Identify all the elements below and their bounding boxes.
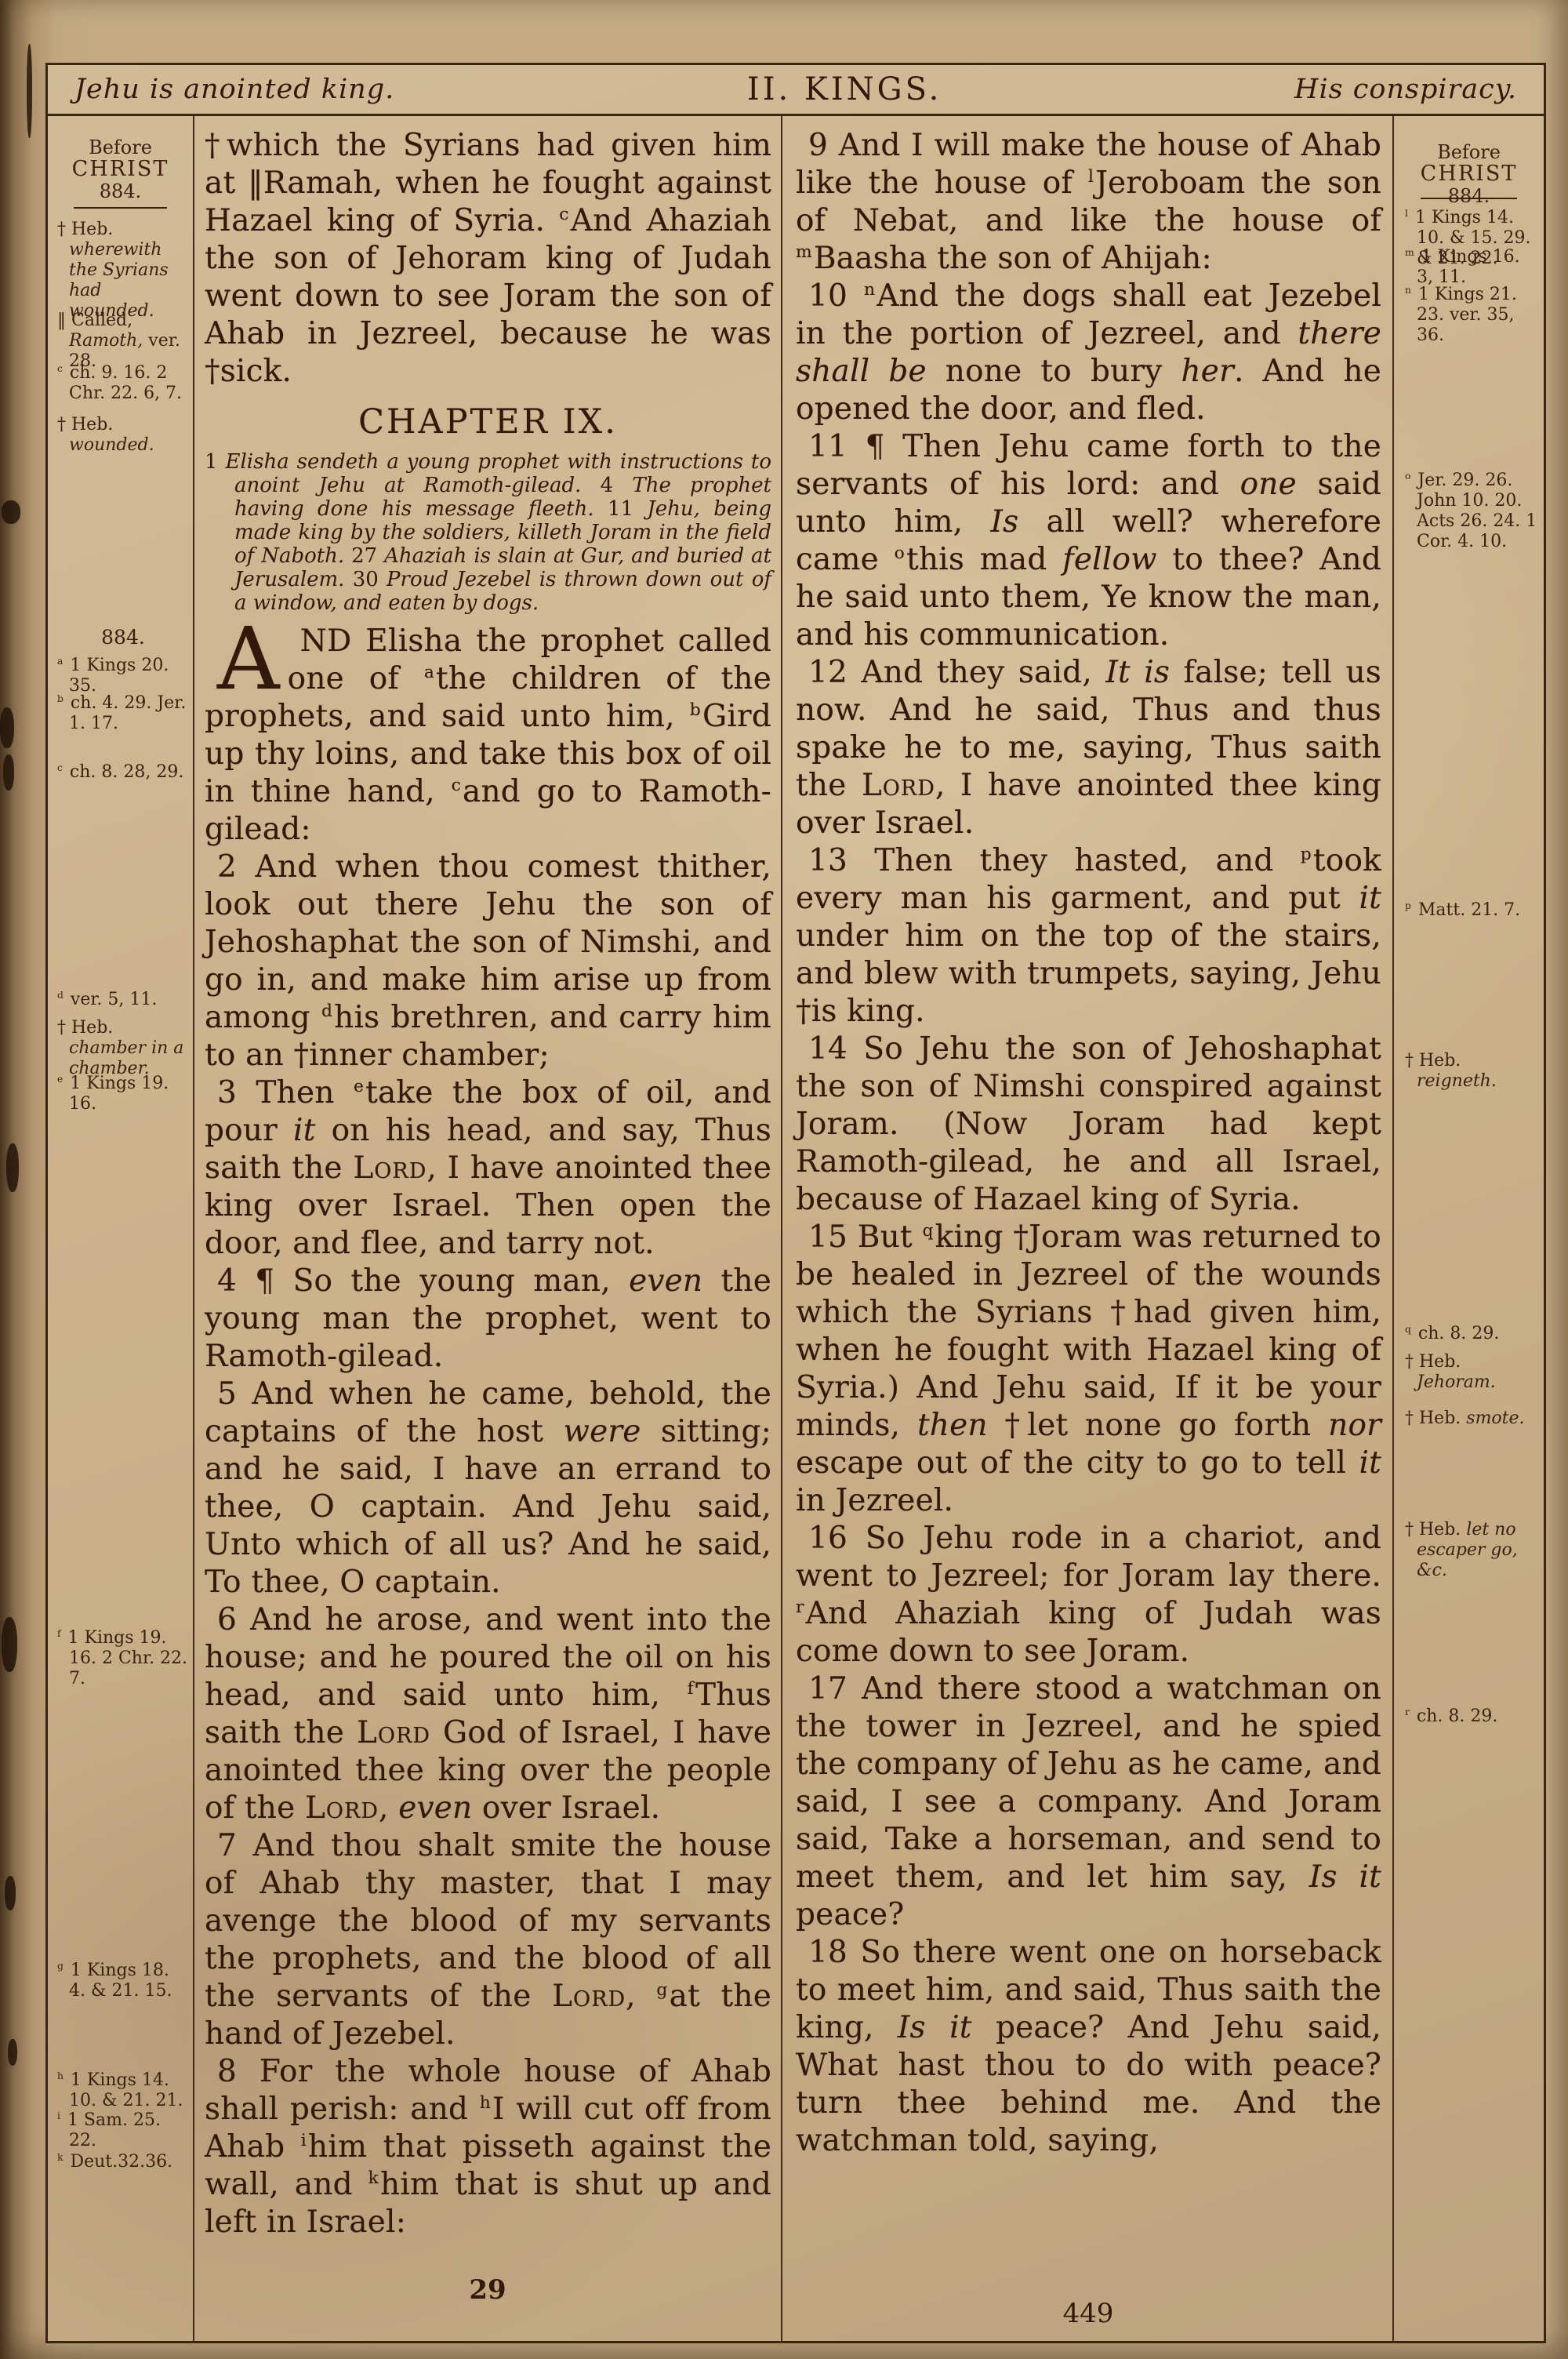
cross-ref-letter: d	[321, 1001, 332, 1021]
verse-12: 12 And they said, It is false; tell us n…	[796, 654, 1381, 842]
verse-17: 17 And there stood a watchman on the tow…	[796, 1670, 1381, 1934]
running-head-left: Jehu is anointed king.	[74, 74, 394, 105]
margin-note: † Heb. let no escaper go, &c.	[1405, 1520, 1539, 1581]
cross-ref-letter: k	[57, 2152, 63, 2163]
cross-ref-letter: n	[1405, 285, 1411, 296]
verse-11: 11 ¶ Then Jehu came forth to the servant…	[796, 428, 1381, 654]
verse-16: 16 So Jehu rode in a chariot, and went t…	[796, 1520, 1381, 1670]
verse-2: 2 And when thou comest thither, look out…	[205, 849, 771, 1074]
cross-ref-letter: g	[57, 1961, 64, 1972]
gutter-mark	[27, 44, 32, 138]
gutter-mark	[6, 1143, 19, 1192]
margin-note: 884.	[57, 627, 189, 648]
margin-note: † Heb. wherewith the Syrians had wounded…	[57, 220, 189, 322]
cross-ref-letter: r	[1405, 1707, 1410, 1717]
verse-1: AND Elisha the prophet called one of ath…	[205, 623, 771, 849]
gutter-mark	[2, 1617, 17, 1672]
cross-ref-letter: e	[354, 1077, 364, 1096]
margin-note: n 1 Kings 21. 23. ver. 35, 36.	[1405, 285, 1539, 346]
verse-6: 6 And he arose, and went into the house;…	[205, 1601, 771, 1827]
cross-ref-letter: l	[1405, 208, 1408, 219]
verse-10: 10 nAnd the dogs shall eat Jezebel in th…	[796, 278, 1381, 428]
margin-note: o Jer. 29. 26. John 10. 20. Acts 26. 24.…	[1405, 471, 1539, 552]
verse-18: 18 So there went one on horseback to mee…	[796, 1934, 1381, 2160]
margin-note: d ver. 5, 11.	[57, 990, 189, 1010]
verse-13: 13 Then they hasted, and ptook every man…	[796, 842, 1381, 1030]
gutter-mark	[5, 1876, 16, 1910]
margin-note: q ch. 8. 29.	[1405, 1324, 1539, 1344]
margin-note: h 1 Kings 14. 10. & 21. 21.	[57, 2070, 189, 2111]
cross-ref-letter: i	[57, 2110, 60, 2121]
cross-ref-letter: f	[688, 1679, 694, 1699]
margin-note: p Matt. 21. 7.	[1405, 900, 1539, 921]
margin-note: e 1 Kings 19. 16.	[57, 1074, 189, 1114]
cross-ref-letter: c	[559, 205, 568, 224]
margin-note: b ch. 4. 29. Jer. 1. 17.	[57, 693, 189, 734]
cross-ref-letter: c	[57, 363, 63, 374]
cross-ref-letter: n	[864, 280, 875, 300]
verse-15: 15 But qking †Joram was returned to be h…	[796, 1219, 1381, 1520]
bible-page: Jehu is anointed king. II. KINGS. His co…	[45, 63, 1546, 2343]
margin-note: c ch. 9. 16. 2 Chr. 22. 6, 7.	[57, 363, 189, 404]
cross-ref-letter: l	[1088, 167, 1094, 187]
verse-14: 14 So Jehu the son of Jehoshaphat the so…	[796, 1030, 1381, 1219]
cross-ref-letter: c	[452, 776, 461, 795]
margin-note: † Heb. smote.	[1405, 1408, 1539, 1429]
cross-ref-letter: e	[57, 1074, 63, 1085]
page-body: Before CHRIST 884. † Heb. wherewith the …	[48, 116, 1544, 2343]
before-christ-heading-left: Before CHRIST 884.	[48, 136, 193, 202]
margin-note: f 1 Kings 19. 16. 2 Chr. 22. 7.	[57, 1628, 189, 1689]
verse-5: 5 And when he came, behold, the captains…	[205, 1376, 771, 1601]
left-text-column: †which the Syrians had given him at ‖Ram…	[193, 116, 782, 2343]
cross-ref-letter: b	[57, 693, 64, 704]
margin-note: c ch. 8. 28, 29.	[57, 762, 189, 783]
margin-note: g 1 Kings 18. 4. & 21. 15.	[57, 1961, 189, 2001]
page-number-left: 29	[469, 2274, 506, 2306]
cross-ref-letter: g	[656, 1980, 667, 2000]
right-text-column: 9 And I will make the house of Ahab like…	[782, 116, 1394, 2343]
cross-ref-letter: a	[57, 656, 63, 667]
margin-rule	[74, 207, 166, 209]
book-title: II. KINGS.	[747, 71, 942, 107]
cross-ref-letter: a	[424, 663, 434, 682]
gutter-mark	[0, 707, 14, 748]
margin-note: † Heb. wounded.	[57, 415, 189, 456]
margin-note: † Heb. reigneth.	[1405, 1051, 1539, 1092]
cross-ref-letter: m	[796, 242, 812, 262]
margin-note: r ch. 8. 29.	[1405, 1707, 1539, 1727]
page-number-right: 449	[1063, 2298, 1114, 2329]
cross-ref-letter: f	[57, 1628, 61, 1639]
verse-4: 4 ¶ So the young man, even the young man…	[205, 1263, 771, 1376]
right-column-verses: 9 And I will make the house of Ahab like…	[796, 127, 1381, 2160]
chapter-summary: 1 Elisha sendeth a young prophet with in…	[205, 450, 771, 615]
cross-ref-letter: c	[57, 762, 63, 773]
margin-note: a 1 Kings 20. 35.	[57, 656, 189, 696]
scanned-page-photo: Jehu is anointed king. II. KINGS. His co…	[0, 0, 1568, 2359]
cross-ref-letter: h	[480, 2093, 491, 2113]
verse-7: 7 And thou shalt smite the house of Ahab…	[205, 1827, 771, 2053]
verse-9: 9 And I will make the house of Ahab like…	[796, 127, 1381, 278]
cross-ref-letter: o	[1405, 471, 1410, 482]
margin-note: k Deut.32.36.	[57, 2152, 189, 2172]
running-head: Jehu is anointed king. II. KINGS. His co…	[48, 65, 1544, 114]
left-column-verses: AND Elisha the prophet called one of ath…	[205, 623, 771, 2241]
margin-rule	[1421, 198, 1516, 199]
margin-note: † Heb. chamber in a chamber.	[57, 1018, 189, 1079]
cross-ref-letter: d	[57, 990, 64, 1001]
margin-note: i 1 Sam. 25. 22.	[57, 2110, 189, 2151]
cross-ref-letter: r	[796, 1598, 804, 1617]
cross-ref-letter: p	[1301, 845, 1312, 864]
cross-ref-letter: p	[1405, 900, 1411, 911]
cross-ref-letter: o	[895, 543, 905, 563]
margin-note: † Heb. Jehoram.	[1405, 1352, 1539, 1393]
drop-cap: A	[205, 623, 288, 692]
left-margin-column: Before CHRIST 884. † Heb. wherewith the …	[48, 116, 193, 2343]
verse-3: 3 Then etake the box of oil, and pour it…	[205, 1074, 771, 1263]
right-margin-column: Before CHRIST 884. l 1 Kings 14. 10. & 1…	[1394, 116, 1544, 2343]
gutter-mark	[8, 2039, 17, 2066]
running-head-right: His conspiracy.	[1294, 74, 1517, 105]
gutter-mark	[2, 500, 20, 524]
cross-ref-letter: q	[1405, 1324, 1411, 1335]
cross-ref-letter: k	[368, 2168, 379, 2188]
chapter8-continuation: †which the Syrians had given him at ‖Ram…	[205, 127, 771, 391]
chapter-heading: CHAPTER IX.	[205, 403, 771, 441]
cross-ref-letter: m	[1405, 247, 1414, 258]
verse-8: 8 For the whole house of Ahab shall peri…	[205, 2053, 771, 2241]
cross-ref-letter: h	[57, 2070, 64, 2081]
cross-ref-letter: q	[922, 1221, 933, 1241]
margin-note: m 1 Kings 16. 3, 11.	[1405, 247, 1539, 288]
gutter-mark	[3, 754, 14, 791]
cross-ref-letter: i	[301, 2131, 307, 2150]
cross-ref-letter: b	[690, 700, 701, 720]
